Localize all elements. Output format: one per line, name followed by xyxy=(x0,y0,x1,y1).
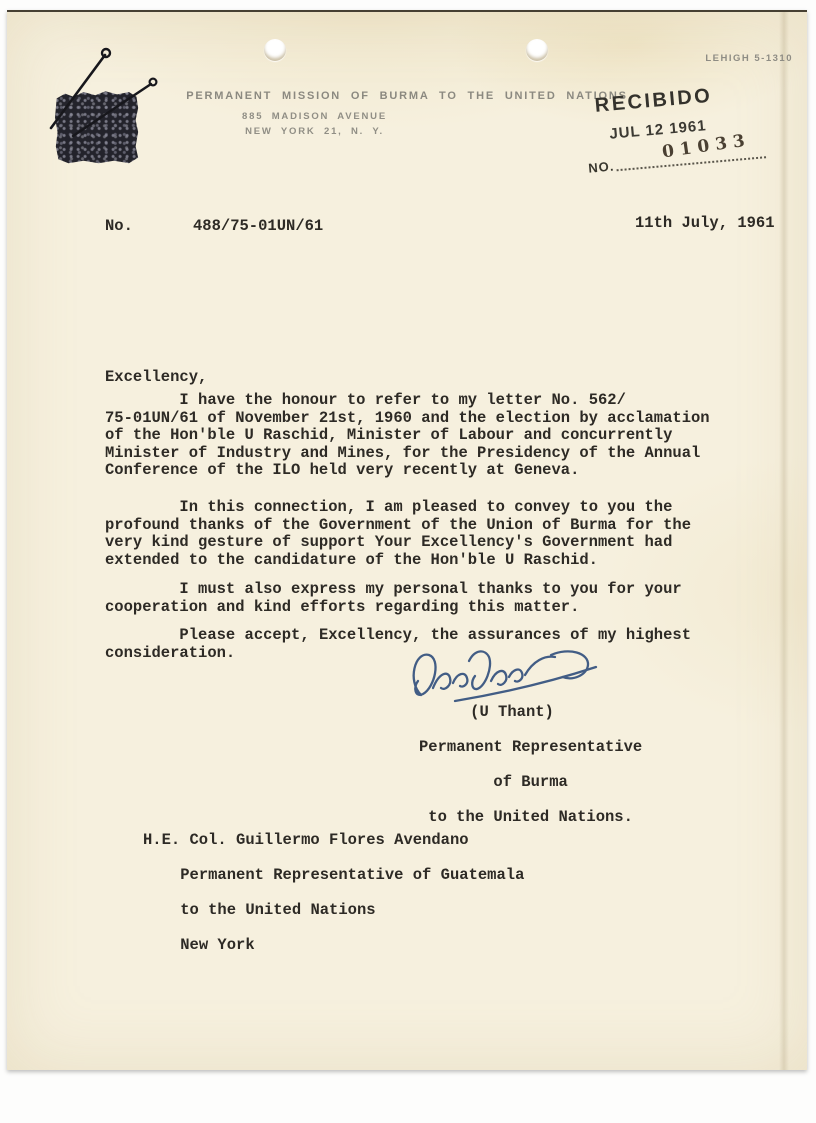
paragraph-3: I must also express my personal thanks t… xyxy=(105,581,682,616)
addressee-title: Permanent Representative of Guatemala xyxy=(180,866,524,884)
signatory-title-3: to the United Nations. xyxy=(428,808,633,826)
received-stamp-number-label: NO. xyxy=(588,158,615,175)
addressee-city: New York xyxy=(180,936,254,954)
received-stamp: RECIBIDO JUL 12 1961 NO. 01033 xyxy=(582,79,788,176)
addressee-name: H.E. Col. Guillermo Flores Avendano xyxy=(143,831,469,849)
addressee-org: to the United Nations xyxy=(180,901,375,919)
received-stamp-number-row: NO. 01033 xyxy=(588,145,767,175)
reference-label: No. xyxy=(105,218,133,236)
signatory-name: (U Thant) xyxy=(470,703,554,721)
addressee-block: H.E. Col. Guillermo Flores Avendano Perm… xyxy=(143,832,524,972)
letterhead-address-line2: NEW YORK 21, N. Y. xyxy=(7,126,622,137)
letter-date: 11th July, 1961 xyxy=(635,215,775,233)
letterhead-address-line1: 885 MADISON AVENUE xyxy=(7,111,622,122)
signature-block: (U Thant) Permanent Representative of Bu… xyxy=(372,704,652,844)
letter-page: LEHIGH 5-1310 PERMANENT MISSION OF BURMA… xyxy=(7,10,807,1070)
signature xyxy=(403,643,603,709)
paragraph-1: I have the honour to refer to my letter … xyxy=(105,392,710,480)
paragraph-2: In this connection, I am pleased to conv… xyxy=(105,499,691,569)
letterhead-phone: LEHIGH 5-1310 xyxy=(705,53,793,64)
reference-number: 488/75-01UN/61 xyxy=(193,218,323,236)
closing-paragraph: Please accept, Excellency, the assurance… xyxy=(105,627,691,662)
salutation: Excellency, xyxy=(105,369,207,387)
punch-hole-right xyxy=(526,39,548,61)
signatory-title-1: Permanent Representative xyxy=(419,738,642,756)
signatory-title-2: of Burma xyxy=(493,773,567,791)
punch-hole-left xyxy=(264,39,286,61)
paper-crease xyxy=(779,12,789,1070)
